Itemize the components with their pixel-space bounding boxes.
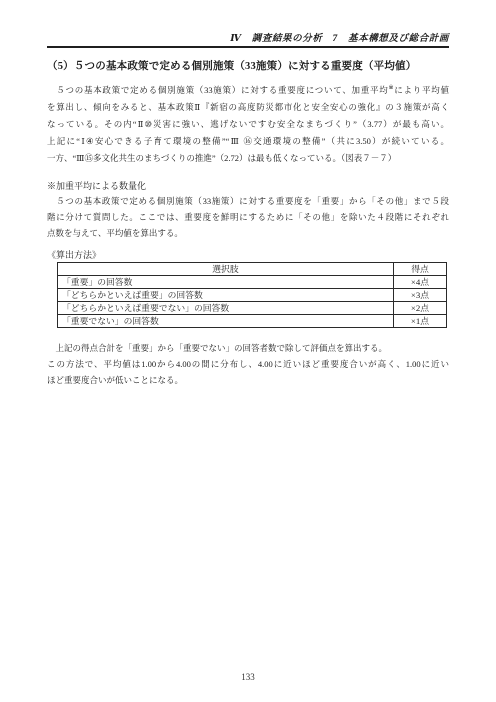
table-row: 「重要」の回答数 ×4点 — [58, 276, 447, 289]
choice-cell: 「どちらかといえば重要」の回答数 — [58, 289, 394, 302]
note-heading: ※加重平均による数量化 — [47, 179, 146, 192]
running-header-text: Ⅳ 調査結果の分析 7 基本構想及び総合計画 — [230, 34, 449, 44]
text-line: ５つの基本政策で定める個別施策（33施策）に対する重要度を「重要」から「その他」… — [47, 193, 449, 209]
text-line: 点数を与えて、平均値を算出する。 — [47, 225, 449, 241]
text-line: この方法で、平均値は1.00から4.00の間に分布し、4.00に近いほど重要度合… — [47, 356, 449, 372]
text-line: ５つの基本政策で定める個別施策（33施策）に対する重要度について、加重平均※によ… — [47, 82, 449, 99]
column-header-score: 得点 — [394, 263, 447, 276]
paragraph-quantification: ５つの基本政策で定める個別施策（33施策）に対する重要度を「重要」から「その他」… — [47, 193, 449, 241]
table-row: 「どちらかといえば重要でない」の回答数 ×2点 — [58, 302, 447, 315]
score-table: 選択肢 得点 「重要」の回答数 ×4点 「どちらかといえば重要」の回答数 ×3点… — [57, 262, 447, 328]
column-header-choice: 選択肢 — [58, 263, 394, 276]
score-cell: ×4点 — [394, 276, 447, 289]
text-line: 階に分けて質問した。ここでは、重要度を鮮明にするために「その他」を除いた４段階に… — [47, 209, 449, 225]
table-header-row: 選択肢 得点 — [58, 263, 447, 276]
text-line: 上記に“Ⅰ④安心できる子育て環境の整備”“Ⅲ ⑯交通環境の整備”（共に3.50）… — [47, 133, 449, 150]
text-line: を算出し、傾向をみると、基本政策Ⅱ『新宿の高度防災都市化と安全安心の強化』の３施… — [47, 99, 449, 116]
score-cell: ×2点 — [394, 302, 447, 315]
text-line: なっている。その内“Ⅱ⑩災害に強い、逃げないですむ安全なまちづくり”（3.77）… — [47, 116, 449, 133]
header-rule — [47, 46, 449, 48]
choice-cell: 「重要でない」の回答数 — [58, 315, 394, 328]
choice-cell: 「重要」の回答数 — [58, 276, 394, 289]
score-cell: ×3点 — [394, 289, 447, 302]
text-line: 上記の得点合計を「重要」から「重要でない」の回答者数で除して評価点を算出する。 — [47, 340, 449, 356]
page-number: 133 — [0, 672, 496, 682]
table-row: 「重要でない」の回答数 ×1点 — [58, 315, 447, 328]
section-title: （5）５つの基本政策で定める個別施策（33施策）に対する重要度（平均値） — [47, 58, 449, 73]
text-segment: ５つの基本政策で定める個別施策（33施策）に対する重要度について、加重平均 — [47, 85, 389, 95]
document-page: Ⅳ 調査結果の分析 7 基本構想及び総合計画 （5）５つの基本政策で定める個別施… — [0, 0, 496, 702]
paragraph-evaluation: 上記の得点合計を「重要」から「重要でない」の回答者数で除して評価点を算出する。 … — [47, 340, 449, 388]
text-line: ほど重要度合いが低いことになる。 — [47, 372, 449, 388]
text-line: 一方、“Ⅲ⑮多文化共生のまちづくりの推進”（2.72）は最も低くなっている。（図… — [47, 150, 449, 167]
text-segment: により平均値 — [394, 85, 449, 95]
calculation-method-label: 《算出方法》 — [47, 248, 101, 261]
score-cell: ×1点 — [394, 315, 447, 328]
table-row: 「どちらかといえば重要」の回答数 ×3点 — [58, 289, 447, 302]
choice-cell: 「どちらかといえば重要でない」の回答数 — [58, 302, 394, 315]
running-header: Ⅳ 調査結果の分析 7 基本構想及び総合計画 — [47, 30, 449, 44]
paragraph-summary: ５つの基本政策で定める個別施策（33施策）に対する重要度について、加重平均※によ… — [47, 82, 449, 167]
